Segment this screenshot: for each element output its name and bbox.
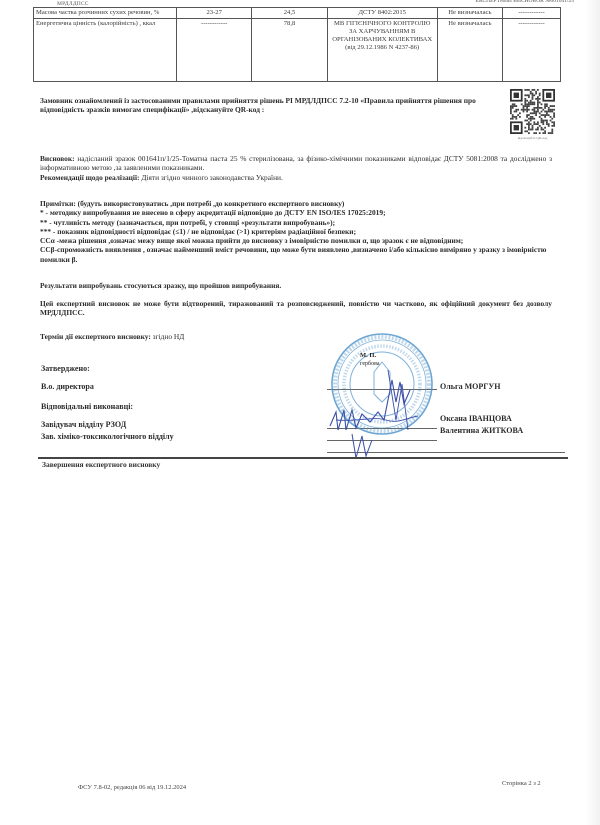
- cell-uncertainty: Не визначалась: [437, 19, 502, 82]
- qr-code-icon[interactable]: [510, 89, 555, 134]
- table-row: Енергетична цінність (калорійність) , кк…: [34, 19, 561, 82]
- director-label: В.о. директора: [41, 382, 94, 391]
- rzod-head-label: Завідувач відділу РЗОД: [41, 420, 126, 429]
- results-table: Масова частка розчинних сухих речовин, %…: [33, 7, 561, 82]
- header-right-note: ЕКСПЕРТНИЙ ВИСНОВОК №001641/25: [476, 0, 574, 4]
- cell-method: МВ ГІГІЄНІЧНОГО КОНТРОЛЮ ЗА ХАРЧУВАННЯМ …: [327, 19, 437, 82]
- results-note: Результати випробувань стосуються зразку…: [40, 281, 281, 290]
- validity: Термін дії експертного висновку: згідно …: [40, 332, 184, 341]
- stamp-mp: М. П.: [360, 352, 376, 359]
- cell-indicator: Масова частка розчинних сухих речовин, %: [34, 8, 177, 19]
- cell-compliance: ------------: [503, 19, 561, 82]
- cell-norm: 23-27: [177, 8, 252, 19]
- disclaimer: Цей експертний висновок не може бути від…: [40, 299, 552, 318]
- note-line: ССα -межа рішення ,означає межу вище яко…: [40, 236, 560, 245]
- conclusion-text: надісланий зразок 001641п/1/25-Томатна п…: [40, 154, 552, 172]
- page-edge-shadow: [586, 0, 600, 825]
- chem-head-name: Валентина ЖИТКОВА: [440, 426, 523, 435]
- table-row: Масова частка розчинних сухих речовин, %…: [34, 8, 561, 19]
- footer-form-info: ФСУ 7.8-02, редакція 06 від 19.12.2024: [78, 784, 186, 791]
- conclusion-label: Висновок:: [40, 154, 75, 163]
- validity-value: згідно НД: [153, 332, 185, 341]
- director-name: Ольга МОРГУН: [440, 382, 500, 391]
- rzod-head-name: Оксана ІВАНЦОВА: [440, 414, 512, 423]
- note-line: * - методику випробування не внесено в с…: [40, 208, 560, 217]
- end-divider: [38, 457, 568, 459]
- footer-page-info: Сторінка 2 з 2: [502, 780, 541, 787]
- cell-uncertainty: Не визначалась: [437, 8, 502, 19]
- recommendation-text: Діяти згідно чинного законодавства Украї…: [141, 173, 282, 182]
- cell-compliance: ------------: [503, 8, 561, 19]
- end-of-conclusion: Завершення експертного висновку: [42, 460, 160, 469]
- chem-head-label: Зав. хіміко-токсикологічного відділу: [41, 432, 174, 441]
- note-line: ССβ-спроможність виявлення , означає най…: [40, 245, 560, 264]
- cell-result: 24,5: [252, 8, 327, 19]
- qr-caption: відскануйте QR-код: [510, 136, 555, 140]
- cell-method: ДСТУ 8402:2015: [327, 8, 437, 19]
- customer-notice: Замовник ознайомлений із застосованими п…: [40, 96, 480, 115]
- cell-result: 78,8: [252, 19, 327, 82]
- note-line: *** - показник відповідності відповідає …: [40, 227, 560, 236]
- cell-norm: ------------: [177, 19, 252, 82]
- conclusion-block: Висновок: надісланий зразок 001641п/1/25…: [40, 154, 552, 182]
- responsible-label: Відповідальні виконавці:: [41, 402, 133, 411]
- note-line: ** - чутливість методу (зазначається, пр…: [40, 218, 560, 227]
- approved-label: Затверджено:: [41, 364, 90, 373]
- cell-indicator: Енергетична цінність (калорійність) , кк…: [34, 19, 177, 82]
- validity-label: Термін дії експертного висновку:: [40, 332, 151, 341]
- recommendation-label: Рекомендації щодо реалізації:: [40, 173, 139, 182]
- signature-icon: [326, 360, 436, 460]
- notes-block: Примітки: (будуть використовуватись ,при…: [40, 199, 560, 264]
- notes-title: Примітки: (будуть використовуватись ,при…: [40, 199, 560, 208]
